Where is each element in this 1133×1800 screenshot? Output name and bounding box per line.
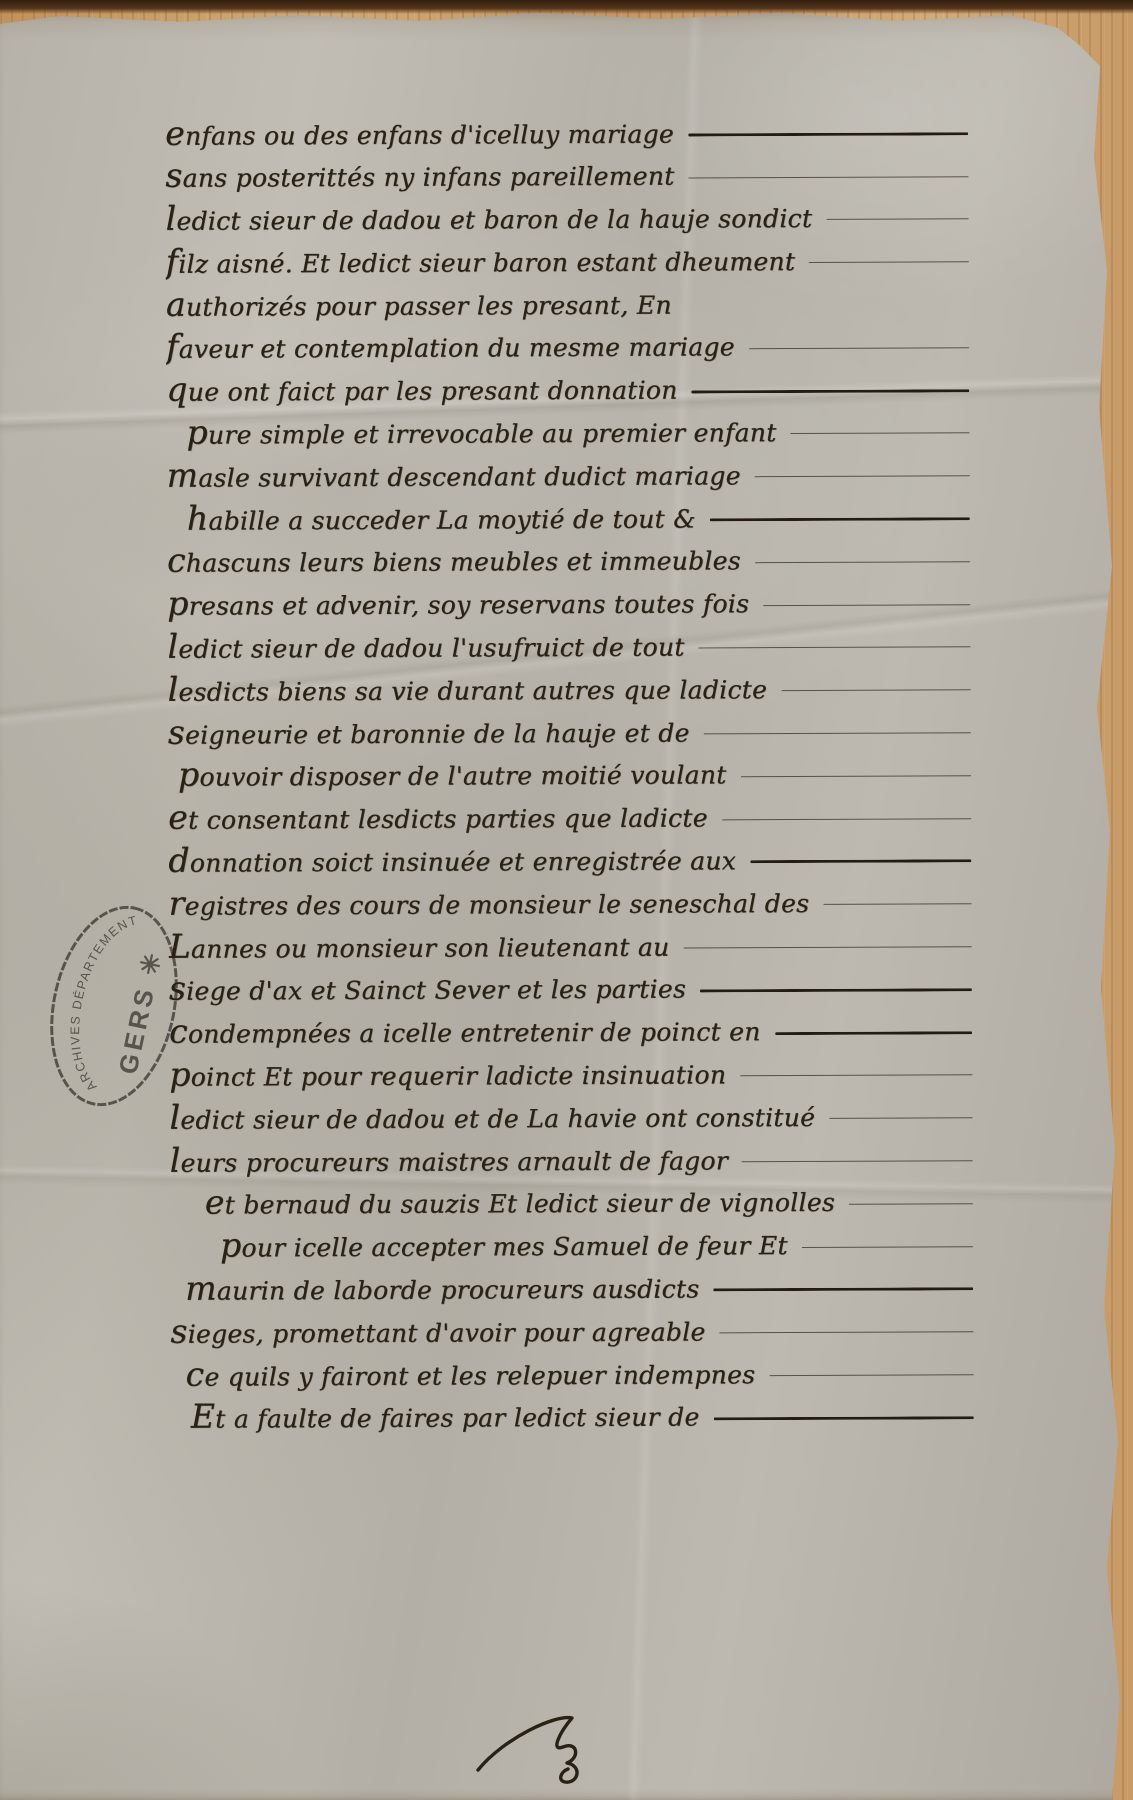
line-filler-stroke bbox=[699, 647, 971, 649]
manuscript-line: filz aisné. Et ledict sieur baron estant… bbox=[166, 239, 973, 285]
manuscript-line-text: siege d'ax et Sainct Sever et les partie… bbox=[169, 966, 686, 1012]
manuscript-line-text: ce quils y fairont et les relepuer indem… bbox=[186, 1351, 756, 1397]
manuscript-line-text: enfans ou des enfans d'icelluy mariage bbox=[165, 110, 674, 156]
line-filler-stroke bbox=[720, 1331, 974, 1333]
line-filler-stroke bbox=[692, 389, 970, 393]
manuscript-line: sieges, promettant d'avoir pour agreable bbox=[170, 1309, 977, 1355]
manuscript-line: sans posterittés ny infans pareillement bbox=[165, 153, 972, 199]
manuscript-line: leurs procureurs maistres arnault de fag… bbox=[170, 1137, 977, 1183]
manuscript-line: et bernaud du sauzis Et ledict sieur de … bbox=[170, 1180, 977, 1226]
manuscript-line-text: Et a faulte de faires par ledict sieur d… bbox=[191, 1394, 700, 1440]
line-filler-stroke bbox=[713, 1288, 973, 1292]
manuscript-line: condempnées a icelle entretenir de poinc… bbox=[169, 1009, 976, 1055]
manuscript-line-text: donnation soict insinuée et enregistrée … bbox=[168, 838, 736, 884]
manuscript-line-text: maurin de laborde procureurs ausdicts bbox=[185, 1266, 699, 1312]
manuscript-line: et consentant lesdicts parties que ladic… bbox=[168, 795, 975, 841]
manuscript-line: Lannes ou monsieur son lieutenant au bbox=[169, 923, 976, 969]
manuscript-line-text: que ont faict par les presant donnation bbox=[166, 367, 677, 413]
line-filler-stroke bbox=[688, 132, 968, 136]
manuscript-line: ce quils y fairont et les relepuer indem… bbox=[171, 1351, 978, 1397]
line-filler-stroke bbox=[763, 604, 970, 606]
manuscript-line-text: et bernaud du sauzis Et ledict sieur de … bbox=[205, 1180, 835, 1226]
line-filler-stroke bbox=[710, 517, 970, 521]
manuscript-line: chascuns leurs biens meubles et immeuble… bbox=[167, 538, 974, 584]
line-filler-stroke bbox=[749, 347, 969, 349]
manuscript-line: enfans ou des enfans d'icelluy mariage bbox=[165, 110, 972, 156]
line-filler-stroke bbox=[740, 1075, 972, 1077]
manuscript-line-text: habille a succeder La moytié de tout & bbox=[187, 495, 696, 541]
manuscript-line-text: et consentant lesdicts parties que ladic… bbox=[168, 795, 708, 841]
manuscript-line: authorizés pour passer les presant, En bbox=[166, 281, 973, 327]
manuscript-line-text: registres des cours de monsieur le senes… bbox=[168, 881, 809, 927]
manuscript-line: faveur et contemplation du mesme mariage bbox=[166, 324, 973, 370]
manuscript-line-text: ledict sieur de dadou et baron de la hau… bbox=[165, 196, 812, 242]
manuscript-line-text: presans et advenir, soy reservans toutes… bbox=[167, 581, 749, 627]
manuscript-line: Et a faulte de faires par ledict sieur d… bbox=[171, 1394, 978, 1440]
manuscript-line-text: lesdicts biens sa vie durant autres que … bbox=[168, 667, 768, 713]
manuscript-line: lesdicts biens sa vie durant autres que … bbox=[168, 667, 975, 713]
paraph-flourish-icon bbox=[468, 1706, 618, 1792]
line-filler-stroke bbox=[849, 1203, 973, 1205]
manuscript-line: poinct Et pour requerir ladicte insinuat… bbox=[169, 1052, 976, 1098]
line-filler-stroke bbox=[704, 732, 971, 734]
line-filler-stroke bbox=[775, 1031, 972, 1035]
manuscript-line-text: masle survivant descendant dudict mariag… bbox=[167, 453, 741, 499]
manuscript-line-text: leurs procureurs maistres arnault de fag… bbox=[170, 1137, 729, 1183]
manuscript-line: registres des cours de monsieur le senes… bbox=[168, 881, 975, 927]
manuscript-line-text: seigneurie et baronnie de la hauje et de bbox=[168, 709, 690, 755]
manuscript-line-text: condempnées a icelle entretenir de poinc… bbox=[169, 1009, 761, 1055]
manuscript-line-text: ledict sieur de dadou et de La havie ont… bbox=[169, 1095, 815, 1141]
manuscript-line-text: authorizés pour passer les presant, En bbox=[166, 281, 672, 327]
manuscript-line-text: sans posterittés ny infans pareillement bbox=[165, 153, 674, 199]
manuscript-line-text: poinct Et pour requerir ladicte insinuat… bbox=[169, 1052, 726, 1098]
manuscript-line: ledict sieur de dadou l'usufruict de tou… bbox=[167, 624, 974, 670]
line-filler-stroke bbox=[741, 775, 971, 777]
manuscript-line-text: pouvoir disposer de l'autre moitié voula… bbox=[178, 752, 727, 798]
manuscript-line: ledict sieur de dadou et baron de la hau… bbox=[165, 196, 972, 242]
manuscript-line-text: sieges, promettant d'avoir pour agreable bbox=[170, 1309, 705, 1355]
line-filler-stroke bbox=[823, 903, 971, 905]
manuscript-text-block: enfans ou des enfans d'icelluy mariagesa… bbox=[165, 110, 978, 1440]
manuscript-line-text: ledict sieur de dadou l'usufruict de tou… bbox=[167, 624, 684, 670]
manuscript-line: siege d'ax et Sainct Sever et les partie… bbox=[169, 966, 976, 1012]
line-filler-stroke bbox=[700, 988, 972, 992]
line-filler-stroke bbox=[781, 690, 970, 692]
manuscript-line-text: pure simple et irrevocable au premier en… bbox=[186, 410, 776, 456]
manuscript-line: pouvoir disposer de l'autre moitié voula… bbox=[168, 752, 975, 798]
manuscript-line: pour icelle accepter mes Samuel de feur … bbox=[170, 1223, 977, 1269]
line-filler-stroke bbox=[722, 818, 971, 820]
manuscript-line: presans et advenir, soy reservans toutes… bbox=[167, 581, 974, 627]
manuscript-line: masle survivant descendant dudict mariag… bbox=[167, 453, 974, 499]
manuscript-line: pure simple et irrevocable au premier en… bbox=[166, 410, 973, 456]
manuscript-page: ARCHIVES DÉPARTEMENTALES GERS ✳ enfans o… bbox=[0, 8, 1133, 1800]
line-filler-stroke bbox=[742, 1160, 973, 1162]
line-filler-stroke bbox=[829, 1117, 972, 1119]
manuscript-line-text: pour icelle accepter mes Samuel de feur … bbox=[220, 1223, 788, 1269]
manuscript-line-text: filz aisné. Et ledict sieur baron estant… bbox=[166, 239, 796, 285]
line-filler-stroke bbox=[809, 262, 969, 264]
manuscript-line-text: chascuns leurs biens meubles et immeuble… bbox=[167, 538, 741, 584]
line-filler-stroke bbox=[791, 433, 970, 435]
manuscript-line: habille a succeder La moytié de tout & bbox=[167, 495, 974, 541]
line-filler-stroke bbox=[689, 176, 969, 178]
manuscript-line-text: faveur et contemplation du mesme mariage bbox=[166, 324, 735, 370]
line-filler-stroke bbox=[755, 561, 970, 563]
manuscript-line: que ont faict par les presant donnation bbox=[166, 367, 973, 413]
manuscript-line: donnation soict insinuée et enregistrée … bbox=[168, 838, 975, 884]
line-filler-stroke bbox=[826, 219, 968, 221]
manuscript-line: ledict sieur de dadou et de La havie ont… bbox=[169, 1095, 976, 1141]
line-filler-stroke bbox=[686, 305, 969, 306]
line-filler-stroke bbox=[750, 860, 971, 864]
line-filler-stroke bbox=[769, 1374, 973, 1376]
manuscript-line: seigneurie et baronnie de la hauje et de bbox=[168, 709, 975, 755]
manuscript-line-text: Lannes ou monsieur son lieutenant au bbox=[169, 923, 670, 969]
line-filler-stroke bbox=[684, 946, 972, 948]
photograph-of-manuscript: ARCHIVES DÉPARTEMENTALES GERS ✳ enfans o… bbox=[0, 0, 1133, 1800]
line-filler-stroke bbox=[755, 476, 970, 478]
manuscript-line: maurin de laborde procureurs ausdicts bbox=[170, 1266, 977, 1312]
line-filler-stroke bbox=[714, 1416, 974, 1420]
line-filler-stroke bbox=[802, 1246, 973, 1248]
